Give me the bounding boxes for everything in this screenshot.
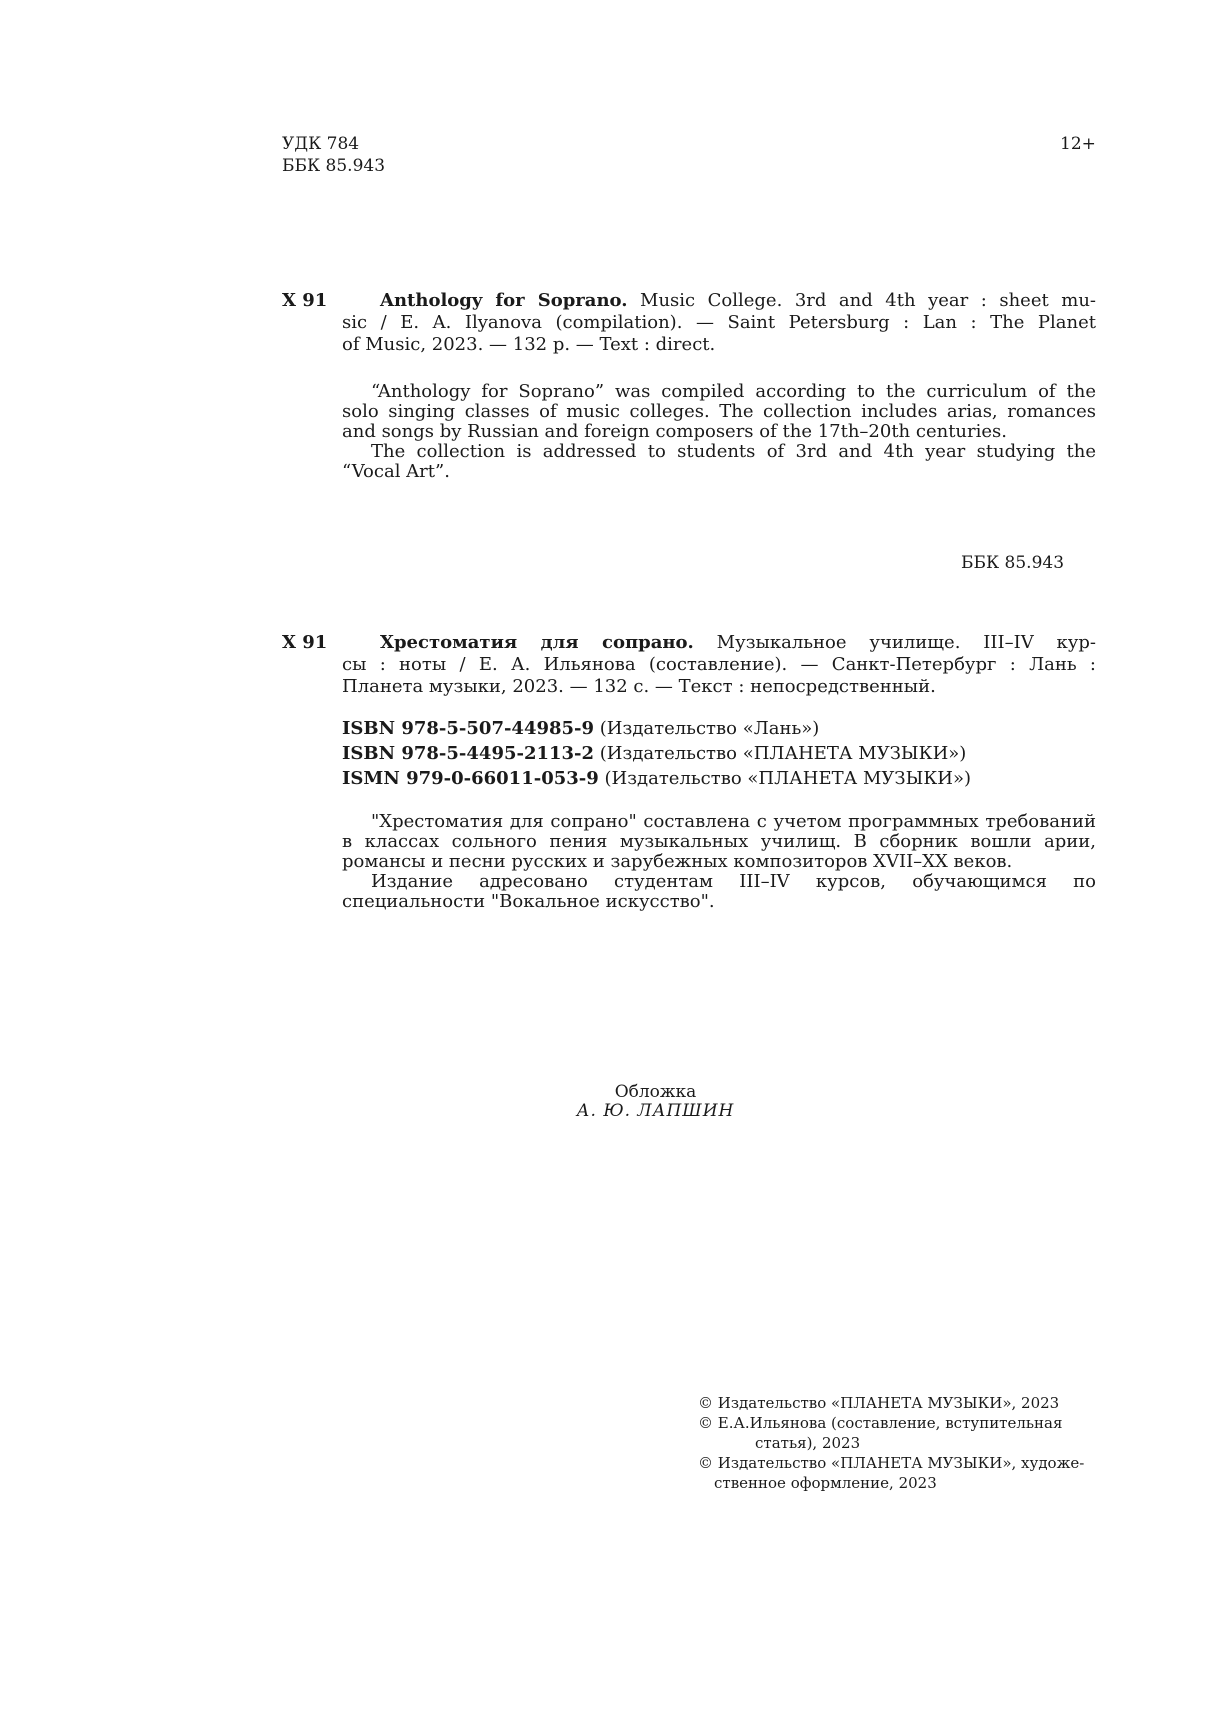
isbn-number: ISBN 978-5-507-44985-9 <box>342 718 594 739</box>
book-title-en: Anthology for Soprano. <box>380 290 628 311</box>
entry-line: of Music, 2023. — 132 p. — Text : direct… <box>342 334 1096 356</box>
entry-text: Music College. 3rd and 4th year : sheet … <box>628 290 1097 311</box>
book-title-ru: Хрестоматия для сопрано. <box>380 632 694 653</box>
entry-line: Anthology for Soprano. Music College. 3r… <box>342 290 1096 312</box>
copyright-line: © Издательство «ПЛАНЕТА МУЗЫКИ», художе- <box>698 1453 1084 1473</box>
isbn-publisher: (Издательство «ПЛАНЕТА МУЗЫКИ») <box>594 743 966 764</box>
author-mark-en: Х 91 <box>282 290 327 311</box>
cover-artist: А. Ю. ЛАПШИН <box>0 1101 1211 1121</box>
entry-line: Планета музыки, 2023. — 132 с. — Текст :… <box>342 676 1096 698</box>
isbn-lan: ISBN 978-5-507-44985-9 (Издательство «Ла… <box>342 716 971 741</box>
annotation-line: The collection is addressed to students … <box>342 442 1096 462</box>
annotation-line: “Vocal Art”. <box>342 462 1096 482</box>
annotation-line: романсы и песни русских и зарубежных ком… <box>342 852 1096 872</box>
copyright-line: статья), 2023 <box>698 1433 1084 1453</box>
cover-label: Обложка <box>0 1082 1211 1102</box>
isbn-number: ISBN 978-5-4495-2113-2 <box>342 743 594 764</box>
copyright-line: ственное оформление, 2023 <box>698 1473 1084 1493</box>
annotation-line: “Anthology for Soprano” was compiled acc… <box>342 382 1096 402</box>
annotation-line: solo singing classes of music colleges. … <box>342 402 1096 422</box>
bbk-code: ББК 85.943 <box>282 156 385 176</box>
entry-line: сы : ноты / Е. А. Ильянова (составление)… <box>342 654 1096 676</box>
age-rating: 12+ <box>1060 134 1096 154</box>
annotation-line: специальности "Вокальное искусство". <box>342 892 1096 912</box>
annotation-line: and songs by Russian and foreign compose… <box>342 422 1096 442</box>
entry-line: sic / E. A. Ilyanova (compilation). — Sa… <box>342 312 1096 334</box>
copyright-block: © Издательство «ПЛАНЕТА МУЗЫКИ», 2023 © … <box>698 1393 1084 1493</box>
entry-line: Хрестоматия для сопрано. Музыкальное учи… <box>342 632 1096 654</box>
annotation-en: “Anthology for Soprano” was compiled acc… <box>342 382 1096 482</box>
identifier-list: ISBN 978-5-507-44985-9 (Издательство «Ла… <box>342 716 971 791</box>
bibliographic-entry-en: Anthology for Soprano. Music College. 3r… <box>342 290 1096 356</box>
copyright-line: © Е.А.Ильянова (составление, вступительн… <box>698 1413 1084 1433</box>
bbk-classification: ББК 85.943 <box>961 553 1064 573</box>
author-mark-ru: Х 91 <box>282 632 327 653</box>
annotation-line: Издание адресовано студентам III–IV курс… <box>342 872 1096 892</box>
isbn-publisher: (Издательство «Лань») <box>594 718 819 739</box>
udk-code: УДК 784 <box>282 134 359 154</box>
ismn-publisher: (Издательство «ПЛАНЕТА МУЗЫКИ») <box>599 768 971 789</box>
annotation-ru: "Хрестоматия для сопрано" составлена с у… <box>342 812 1096 912</box>
annotation-line: "Хрестоматия для сопрано" составлена с у… <box>342 812 1096 832</box>
copyright-line: © Издательство «ПЛАНЕТА МУЗЫКИ», 2023 <box>698 1393 1084 1413</box>
ismn-number: ISMN 979-0-66011-053-9 <box>342 768 599 789</box>
entry-text: Музыкальное училище. III–IV кур- <box>694 632 1096 653</box>
bibliographic-entry-ru: Хрестоматия для сопрано. Музыкальное учи… <box>342 632 1096 698</box>
isbn-planeta: ISBN 978-5-4495-2113-2 (Издательство «ПЛ… <box>342 741 971 766</box>
annotation-line: в классах сольного пения музыкальных учи… <box>342 832 1096 852</box>
ismn-planeta: ISMN 979-0-66011-053-9 (Издательство «ПЛ… <box>342 766 971 791</box>
